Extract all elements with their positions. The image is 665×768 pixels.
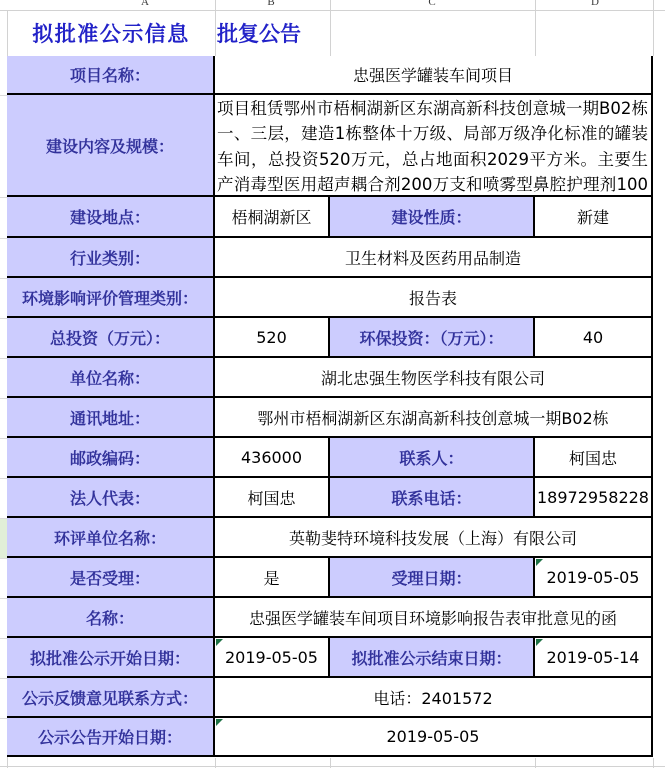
cell-label-industry-category[interactable]: 行业类别： [7,238,215,278]
cell-value-contact-phone[interactable]: 18972958228 [535,478,653,518]
row-tab-green-highlight [0,518,7,558]
gridline [0,518,7,519]
cell-label-company-name[interactable]: 单位名称： [7,358,215,398]
gridline [215,0,216,10]
green-triangle-indicator-icon [216,719,223,726]
cell-label-document-name[interactable]: 名称： [7,598,215,638]
cell-label-announcement-start-date[interactable]: 公示公告开始日期： [7,718,215,757]
column-header-b[interactable]: B [264,0,278,8]
cell-value-construction-site[interactable]: 梧桐湖新区 [215,197,330,238]
cell-value-project-name[interactable]: 忠强医学罐装车间项目 [215,56,653,95]
gridline [0,238,7,239]
cell-value-eia-agency-name[interactable]: 英勒斐特环境科技发展（上海）有限公司 [215,518,653,558]
cell-label-legal-representative[interactable]: 法人代表： [7,478,215,518]
gridline [0,598,7,599]
cell-value-company-name[interactable]: 湖北忠强生物医学科技有限公司 [215,358,653,398]
gridline [215,10,216,56]
cell-label-project-name[interactable]: 项目名称： [7,56,215,95]
cell-label-eia-management-category[interactable]: 环境影响评价管理类别： [7,278,215,318]
gridline [330,10,331,56]
green-triangle-indicator-icon [536,639,543,646]
gridline [0,398,7,399]
cell-label-construction-site[interactable]: 建设地点： [7,197,215,238]
column-headers-row: A B C D [0,0,665,10]
gridline [535,0,536,10]
gridline [0,197,7,198]
gridline [0,358,7,359]
cell-value-feedback-contact[interactable]: 电话：2401572 [215,678,653,718]
cell-label-publicity-start-date[interactable]: 拟批准公示开始日期： [7,638,215,678]
gridline [535,10,536,56]
cell-value-document-name[interactable]: 忠强医学罐装车间项目环境影响报告表审批意见的函 [215,598,653,638]
gridline [653,0,654,10]
cell-value-accepted-or-not[interactable]: 是 [215,558,330,598]
gridline [0,766,665,767]
cell-value-acceptance-date[interactable]: 2019-05-05 [535,558,653,598]
green-triangle-indicator-icon [536,559,543,566]
cell-label-postal-code[interactable]: 邮政编码： [7,438,215,478]
cell-value-total-investment[interactable]: 520 [215,318,330,358]
cell-label-mailing-address[interactable]: 通讯地址： [7,398,215,438]
column-header-a[interactable]: A [138,0,152,8]
cell-value-mailing-address[interactable]: 鄂州市梧桐湖新区东湖高新科技创意城一期B02栋 [215,398,653,438]
cell-value-industry-category[interactable]: 卫生材料及医药用品制造 [215,238,653,278]
cell-value-env-investment[interactable]: 40 [535,318,653,358]
cell-value-publicity-start-date[interactable]: 2019-05-05 [215,638,330,678]
cell-label-total-investment[interactable]: 总投资（万元）： [7,318,215,358]
spreadsheet-view: A B C D 拟批准公示信息 批复公告 项目名称： 忠强医学罐装车间项目 建设… [0,0,665,768]
cell-label-contact-person[interactable]: 联系人： [330,438,535,478]
cell-label-publicity-end-date[interactable]: 拟批准公示结束日期： [330,638,535,678]
gridline [0,318,7,319]
cell-title-pending-approval-info[interactable]: 拟批准公示信息 [7,10,215,56]
gridline [0,95,7,96]
green-triangle-indicator-icon [216,639,223,646]
column-header-d[interactable]: D [588,0,602,8]
cell-value-construction-content-scale[interactable]: 项目租赁鄂州市梧桐湖新区东湖高新科技创意城一期B02栋一、三层，建造1栋整体十万… [215,95,653,197]
gridline [0,638,7,639]
cell-value-contact-person[interactable]: 柯国忠 [535,438,653,478]
cell-value-construction-nature[interactable]: 新建 [535,197,653,238]
cell-value-publicity-end-date[interactable]: 2019-05-14 [535,638,653,678]
cell-value-legal-representative[interactable]: 柯国忠 [215,478,330,518]
cell-label-env-investment[interactable]: 环保投资：（万元）： [330,318,535,358]
gridline [0,478,7,479]
cell-label-feedback-contact[interactable]: 公示反馈意见联系方式： [7,678,215,718]
cell-label-construction-content-scale[interactable]: 建设内容及规模： [7,95,215,197]
gridline [0,558,7,559]
cell-value-postal-code[interactable]: 436000 [215,438,330,478]
cell-label-contact-phone[interactable]: 联系电话： [330,478,535,518]
gridline [0,718,7,719]
cell-label-construction-nature[interactable]: 建设性质： [330,197,535,238]
cell-label-accepted-or-not[interactable]: 是否受理： [7,558,215,598]
gridline [0,278,7,279]
cell-label-acceptance-date[interactable]: 受理日期： [330,558,535,598]
cell-label-eia-agency-name[interactable]: 环评单位名称： [7,518,215,558]
column-header-c[interactable]: C [425,0,439,8]
gridline [653,10,654,56]
gridline [0,678,7,679]
gridline [330,0,331,10]
gridline [0,438,7,439]
cell-value-announcement-start-date[interactable]: 2019-05-05 [215,718,653,757]
cell-value-eia-management-category[interactable]: 报告表 [215,278,653,318]
cell-title-approval-announcement[interactable]: 批复公告 [217,10,330,56]
